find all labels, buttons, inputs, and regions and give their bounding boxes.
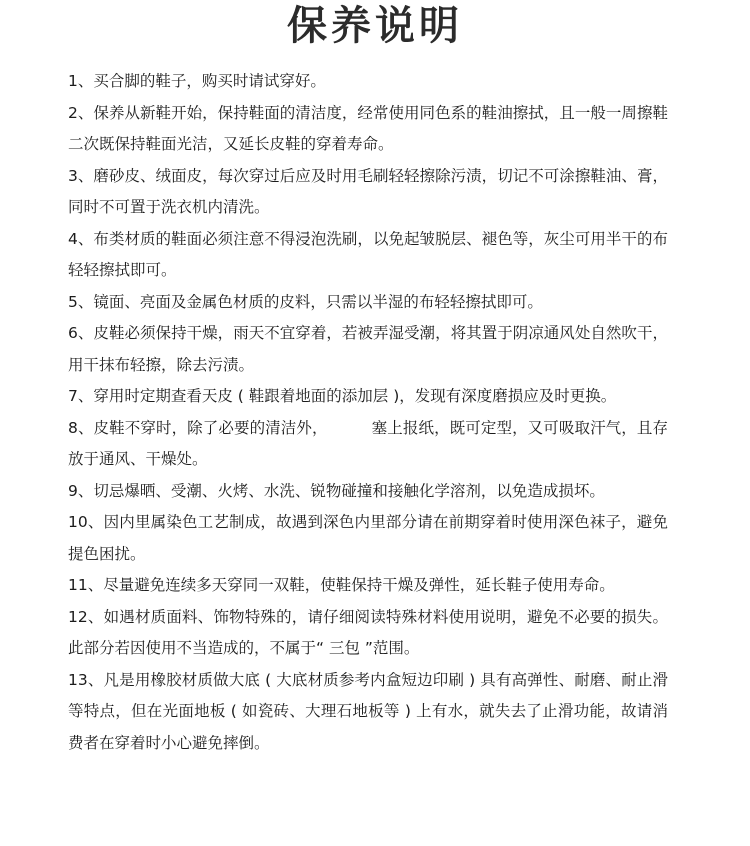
instruction-item-12: 12、如遇材质面料、饰物特殊的，请仔细阅读特殊材料使用说明，避免不必要的损失。此…	[68, 602, 668, 665]
instruction-item-5: 5、镜面、亮面及金属色材质的皮料，只需以半湿的布轻轻擦拭即可。	[68, 287, 668, 319]
instruction-item-6: 6、皮鞋必须保持干燥，雨天不宜穿着，若被弄湿受潮，将其置于阴凉通风处自然吹干，用…	[68, 318, 668, 381]
instruction-item-3: 3、磨砂皮、绒面皮，每次穿过后应及时用毛刷轻轻擦除污渍，切记不可涂擦鞋油、膏，同…	[68, 161, 668, 224]
instruction-item-8: 8、皮鞋不穿时，除了必要的清洁外，塞上报纸，既可定型，又可吸取汗气，且存放于通风…	[68, 413, 668, 476]
redacted-gap	[328, 432, 372, 433]
instruction-item-13: 13、凡是用橡胶材质做大底 ( 大底材质参考内盒短边印刷 ) 具有高弹性、耐磨、…	[68, 665, 668, 760]
page-title: 保养说明	[0, 2, 750, 50]
instruction-item-7: 7、穿用时定期查看天皮 ( 鞋跟着地面的添加层 )，发现有深度磨损应及时更换。	[68, 381, 668, 413]
instruction-item-1: 1、买合脚的鞋子，购买时请试穿好。	[68, 66, 668, 98]
instruction-item-2: 2、保养从新鞋开始，保持鞋面的清洁度，经常使用同色系的鞋油擦拭，且一般一周擦鞋二…	[68, 98, 668, 161]
instruction-item-8-part-1: 8、皮鞋不穿时，除了必要的清洁外，	[68, 419, 328, 437]
instruction-item-9: 9、切忌爆晒、受潮、火烤、水洗、锐物碰撞和接触化学溶剂，以免造成损坏。	[68, 476, 668, 508]
care-instructions-list: 1、买合脚的鞋子，购买时请试穿好。 2、保养从新鞋开始，保持鞋面的清洁度，经常使…	[68, 66, 668, 759]
instruction-item-11: 11、尽量避免连续多天穿同一双鞋，使鞋保持干燥及弹性，延长鞋子使用寿命。	[68, 570, 668, 602]
instruction-item-4: 4、布类材质的鞋面必须注意不得浸泡洗刷，以免起皱脱层、褪色等，灰尘可用半干的布轻…	[68, 224, 668, 287]
instruction-item-10: 10、因内里属染色工艺制成，故遇到深色内里部分请在前期穿着时使用深色袜子，避免提…	[68, 507, 668, 570]
